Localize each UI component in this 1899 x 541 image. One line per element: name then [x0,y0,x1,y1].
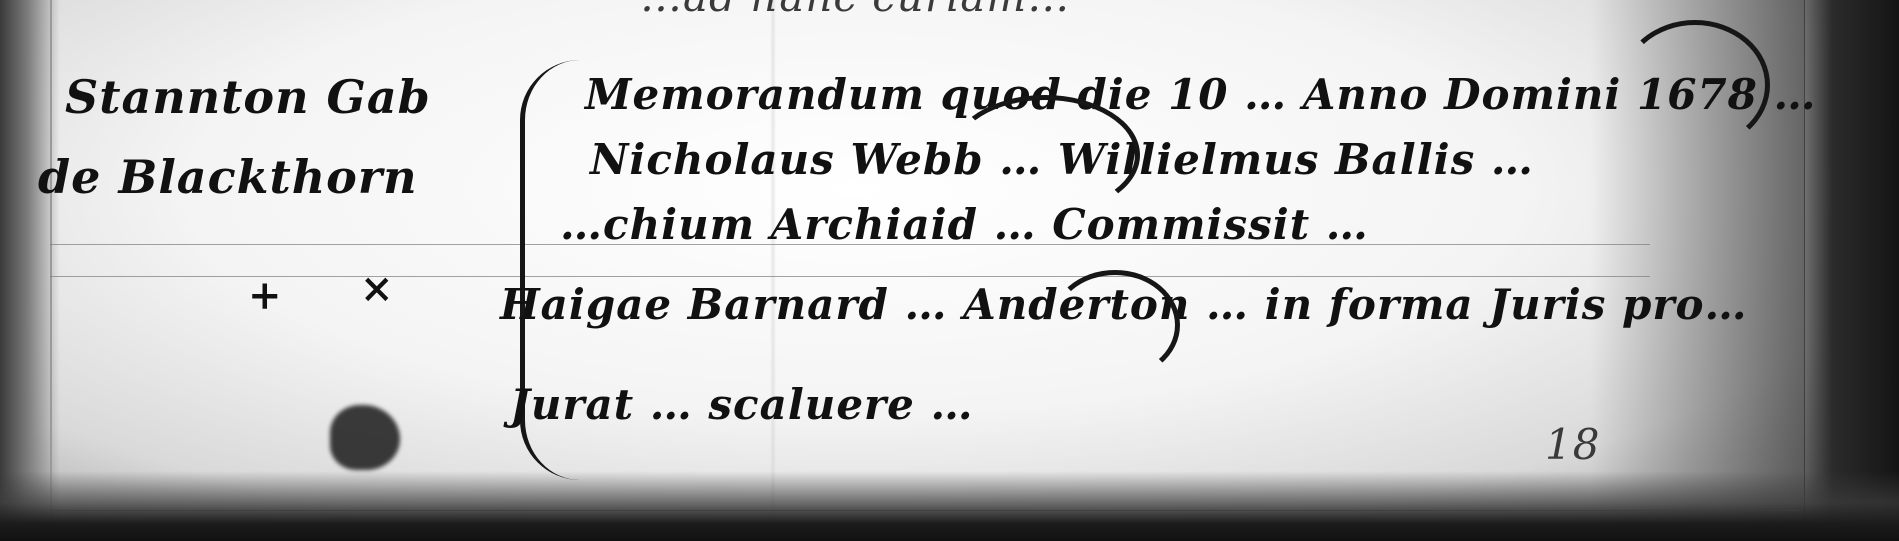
scan-bottom-edge [0,471,1899,541]
folio-number: 18 [1545,420,1600,469]
margin-heading-line2: de Blackthorn [38,150,418,204]
pen-flourish [1620,20,1770,150]
body-line-5: Jurat … scaluere … [510,380,974,429]
margin-heading-line1: Stannton Gab [65,70,431,124]
scan-right-edge [1804,0,1899,541]
manuscript-scan: …ad hanc curiam… Stannton Gab de Blackth… [0,0,1899,541]
top-fragment-text: …ad hanc curiam… [640,0,1070,21]
cross-mark-1: + [248,272,283,319]
cross-mark-2: × [360,265,395,312]
ruled-line [50,276,1650,277]
pen-flourish [950,95,1140,215]
pen-flourish [1050,270,1180,380]
margin-rule [50,0,52,520]
body-line-3: …chium Archiaid … Commissit … [560,200,1369,249]
ink-blot [330,405,400,470]
